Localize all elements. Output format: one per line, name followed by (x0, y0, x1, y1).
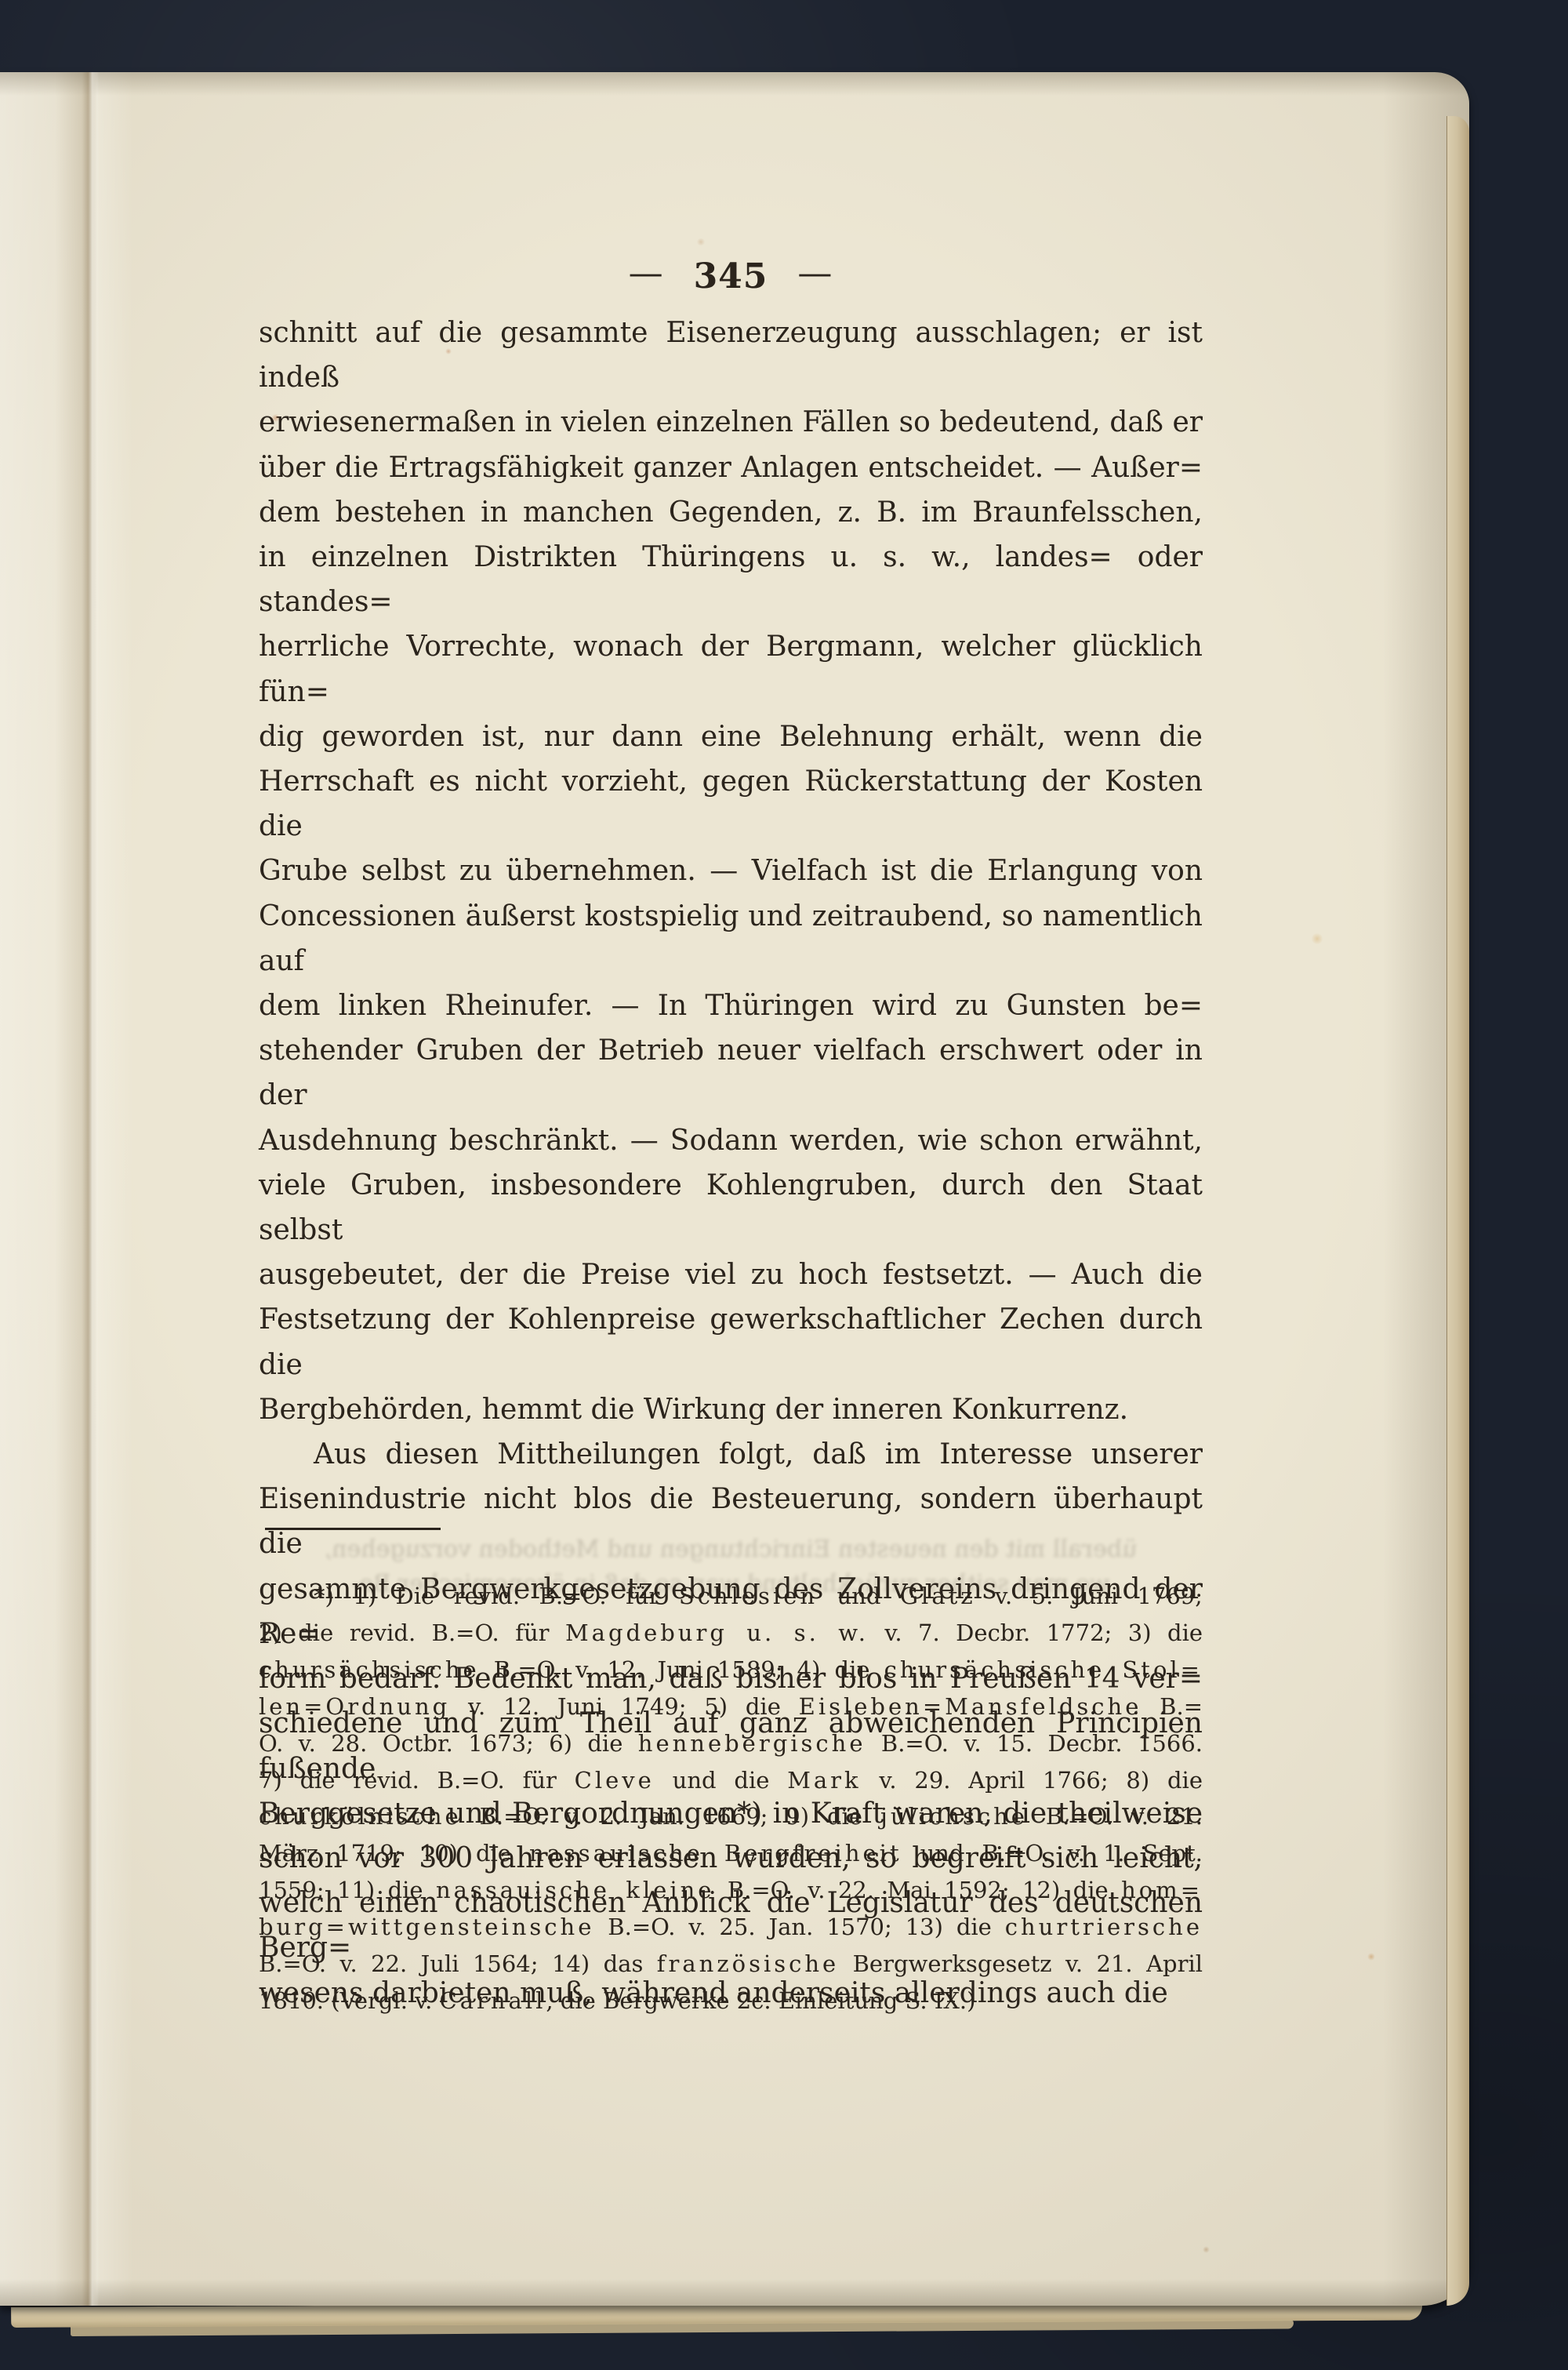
text-line: chursächsische B.=O. v. 12. Juni 1589; 4… (259, 1652, 1203, 1688)
plain-text: B.=O. v. 15. Decbr. 1566. (866, 1730, 1203, 1757)
plain-text: 1810. (Vergl. v. (259, 1987, 440, 2014)
text-line: B.=O. v. 22. Juli 1564; 14) das französi… (259, 1946, 1203, 1983)
letterspaced-text: burg=wittgensteinsche (259, 1914, 594, 1940)
text-line: *) 1) Die revid. B.=O. für Schlesien und… (259, 1578, 1203, 1615)
plain-text: v. 7. Decbr. 1772; 3) die (869, 1619, 1203, 1646)
text-line: Grube selbst zu übernehmen. — Vielfach i… (259, 849, 1203, 893)
letterspaced-text: chursächsische (259, 1656, 480, 1683)
plain-text: B.=O. v. 22. Mai 1592; 12) die (714, 1877, 1121, 1903)
letterspaced-text: Glatz (900, 1583, 976, 1609)
page-fold-crease (82, 72, 99, 2306)
text-line: 1559; 11) die nassauische kleine B.=O. v… (259, 1872, 1203, 1909)
plain-text: v. 5. Juni 1769; (976, 1583, 1203, 1609)
letterspaced-text: Schlesien (679, 1583, 818, 1609)
foxing-spot (1367, 1953, 1375, 1961)
plain-text: und (818, 1583, 900, 1609)
plain-text: 7) die revid. B.=O. für (259, 1767, 575, 1794)
text-line: in einzelnen Distrikten Thüringens u. s.… (259, 535, 1203, 624)
text-line: 1810. (Vergl. v. Carnall, die Bergwerke … (259, 1983, 1203, 2019)
letterspaced-text: Carnall (440, 1987, 546, 2014)
header-dash-right: — (797, 253, 833, 293)
text-line: dem linken Rheinufer. — In Thüringen wir… (259, 983, 1203, 1028)
footnote: *) 1) Die revid. B.=O. für Schlesien und… (259, 1578, 1203, 2019)
text-line: Ausdehnung beschränkt. — Sodann werden, … (259, 1118, 1203, 1163)
plain-text: und die (655, 1767, 787, 1794)
text-line: 7) die revid. B.=O. für Cleve und die Ma… (259, 1762, 1203, 1799)
text-line: dem bestehen in manchen Gegenden, z. B. … (259, 490, 1203, 535)
foxing-spot (1203, 2246, 1210, 2253)
text-line: 2) die revid. B.=O. für Magdeburg u. s. … (259, 1615, 1203, 1652)
plain-text: 2) die revid. B.=O. für (259, 1619, 565, 1646)
plain-text: v. 29. April 1766; 8) die (862, 1767, 1203, 1794)
plain-text: B.= (1142, 1693, 1203, 1720)
plain-text: 1559; 11) die (259, 1877, 436, 1903)
text-line: ausgebeutet, der die Preise viel zu hoch… (259, 1252, 1203, 1297)
text-line: Festsetzung der Kohlenpreise gewerkschaf… (259, 1297, 1203, 1387)
text-line: schnitt auf die gesammte Eisenerzeugung … (259, 311, 1203, 400)
plain-text: O. v. 28. Octbr. 1673; 6) die (259, 1730, 638, 1757)
text-line: Aus diesen Mittheilungen folgt, daß im I… (259, 1432, 1203, 1477)
text-line: dig geworden ist, nur dann eine Belehnun… (259, 714, 1203, 759)
page-number: 345 (694, 256, 768, 296)
plain-text: und B.=O. v. 1. Sept. (902, 1840, 1203, 1867)
foxing-spot (696, 238, 706, 245)
text-line: Eisenindustrie nicht blos die Besteuerun… (259, 1477, 1203, 1566)
letterspaced-text: französische (657, 1950, 839, 1977)
letterspaced-text: Eisleben=Mansfeldsche (799, 1693, 1142, 1720)
letterspaced-text: Magdeburg u. s. w. (565, 1619, 869, 1646)
book-photo-background: überall mit den neuesten Einrichtungen u… (0, 0, 1568, 2370)
text-line: stehender Gruben der Betrieb neuer vielf… (259, 1028, 1203, 1118)
plain-text: v. 12. Juni 1749; 5) die (450, 1693, 798, 1720)
letterspaced-text: nassauische Bergfreiheit (529, 1840, 902, 1867)
letterspaced-text: hom= (1121, 1877, 1203, 1903)
plain-text: B.=O. v. 22. Juli 1564; 14) das (259, 1950, 657, 1977)
letterspaced-text: hennebergische (638, 1730, 866, 1757)
plain-text: März 1719; 10) die (259, 1840, 529, 1867)
letterspaced-text: len=Ordnung (259, 1693, 450, 1720)
letterspaced-text: nassauische kleine (436, 1877, 714, 1903)
text-line: erwiesenermaßen in vielen einzelnen Fäll… (259, 400, 1203, 445)
text-line: viele Gruben, insbesondere Kohlengruben,… (259, 1163, 1203, 1252)
text-line: herrliche Vorrechte, wonach der Bergmann… (259, 624, 1203, 714)
plain-text: , die Bergwerke 2c. Einleitung S. IX.) (546, 1987, 975, 2014)
fore-edge-page-stack (1446, 116, 1469, 2306)
letterspaced-text: Cleve (575, 1767, 655, 1794)
book-page: überall mit den neuesten Einrichtungen u… (0, 72, 1469, 2306)
text-line: über die Ertragsfähigkeit ganzer Anlagen… (259, 445, 1203, 490)
paragraph-1: schnitt auf die gesammte Eisenerzeugung … (259, 311, 1203, 1432)
text-line: Concessionen äußerst kostspielig und zei… (259, 894, 1203, 983)
letterspaced-text: chursächsische Stol= (884, 1656, 1203, 1683)
foxing-spot (1311, 933, 1323, 944)
letterspaced-text: jülichsche (880, 1803, 1028, 1830)
text-line: Herrschaft es nicht vorzieht, gegen Rück… (259, 759, 1203, 849)
plain-text: B.=O. v. 21. (1028, 1803, 1203, 1830)
text-line: len=Ordnung v. 12. Juni 1749; 5) die Eis… (259, 1688, 1203, 1725)
text-line: burg=wittgensteinsche B.=O. v. 25. Jan. … (259, 1909, 1203, 1946)
page-header: —345— (259, 254, 1203, 299)
letterspaced-text: churtriersche (1005, 1914, 1203, 1940)
letterspaced-text: Mark (787, 1767, 861, 1794)
plain-text: B.=O. v. 2. Jan. 1669; 9) die (462, 1803, 880, 1830)
header-dash-left: — (629, 253, 664, 293)
footnote-separator (265, 1528, 441, 1530)
text-line: churkölnische B.=O. v. 2. Jan. 1669; 9) … (259, 1798, 1203, 1835)
text-line: O. v. 28. Octbr. 1673; 6) die hennebergi… (259, 1725, 1203, 1762)
plain-text: Bergwerksgesetz v. 21. April (839, 1950, 1203, 1977)
plain-text: *) 1) Die revid. B.=O. für (314, 1583, 679, 1609)
text-line: Bergbehörden, hemmt die Wirkung der inne… (259, 1387, 1203, 1432)
text-line: März 1719; 10) die nassauische Bergfreih… (259, 1835, 1203, 1872)
plain-text: B.=O. v. 12. Juni 1589; 4) die (480, 1656, 884, 1683)
plain-text: B.=O. v. 25. Jan. 1570; 13) die (594, 1914, 1004, 1940)
letterspaced-text: churkölnische (259, 1803, 462, 1830)
